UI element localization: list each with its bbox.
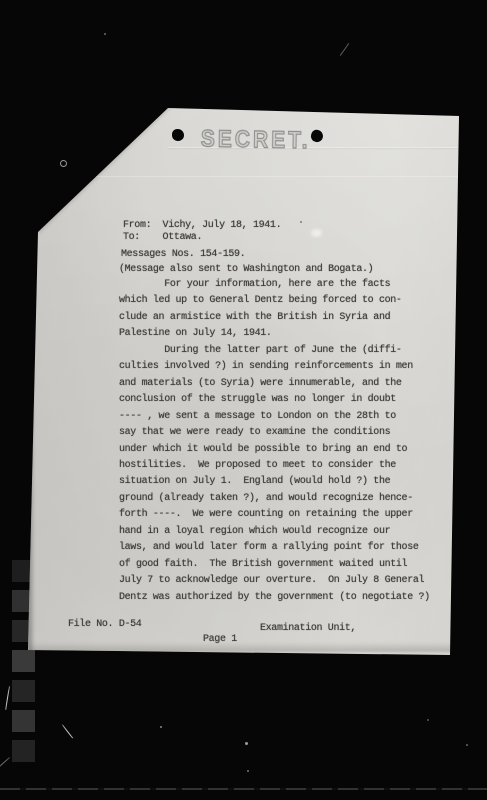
- text-line: laws, and would later form a rallying po…: [119, 540, 430, 556]
- text-line: ground (already taken ?), and would reco…: [119, 491, 430, 507]
- text-line: which led up to General Dentz being forc…: [119, 293, 430, 309]
- text-line: under which it would be possible to brin…: [119, 442, 430, 458]
- page-number: Page 1: [203, 632, 237, 648]
- text-line: conclusion of the struggle was no longer…: [119, 392, 430, 408]
- paper-bright-spot: [311, 229, 322, 237]
- text-line: clude an armistice with the British in S…: [119, 310, 430, 326]
- film-sprocket-mark: [12, 680, 35, 702]
- dust-speck: [300, 221, 302, 223]
- dust-speck: [427, 719, 429, 721]
- examination-unit-label: Examination Unit,: [260, 621, 356, 637]
- header-to-line: To: Ottawa.: [123, 230, 202, 246]
- text-line: say that we were ready to examine the co…: [119, 425, 430, 441]
- dust-speck: [245, 742, 248, 745]
- film-scratch: [0, 757, 10, 767]
- messages-number-line: Messages Nos. 154-159.: [121, 247, 245, 263]
- text-line: hand in a loyal region which would recog…: [119, 524, 430, 540]
- page-edge-shadow: [28, 642, 452, 652]
- clipped-corner-shadow: [34, 99, 175, 235]
- text-line: During the latter part of June the (diff…: [119, 343, 430, 359]
- text-line: July 7 to acknowledge our overture. On J…: [119, 573, 430, 589]
- dust-speck: [104, 33, 106, 35]
- paper-crease: [42, 176, 459, 177]
- punch-hole-left: [172, 129, 184, 141]
- text-line: forth ----. We were counting on retainin…: [119, 507, 430, 523]
- page-edge-shadow: [28, 230, 35, 652]
- distribution-note-line: (Message also sent to Washington and Bog…: [119, 262, 373, 278]
- dust-speck: [160, 726, 162, 728]
- body-text: For your information, here are the facts…: [119, 277, 430, 606]
- text-line: Dentz was authorized by the government (…: [119, 590, 430, 606]
- film-sprocket-mark: [12, 710, 35, 732]
- text-line: culties involved ?) in sending reinforce…: [119, 359, 430, 375]
- text-line: hostilities. We proposed to meet to cons…: [119, 458, 430, 474]
- film-scratch: [62, 724, 73, 738]
- text-line: ---- , we sent a message to London on th…: [119, 409, 430, 425]
- file-number: File No. D-54: [68, 617, 141, 633]
- film-frame-line: [0, 788, 487, 790]
- film-scratch: [5, 686, 10, 710]
- film-scratch: [340, 43, 349, 56]
- microfilm-frame: SECRET. From: Vichy, July 18, 1941. To: …: [0, 0, 487, 800]
- text-line: of good faith. The British government wa…: [119, 557, 430, 573]
- film-sprocket-mark: [12, 650, 35, 672]
- text-line: Palestine on July 14, 1941.: [119, 326, 430, 342]
- film-sprocket-mark: [12, 740, 35, 762]
- secret-stamp: SECRET.: [201, 126, 311, 155]
- text-line: and materials (to Syria) were innumerabl…: [119, 376, 430, 392]
- text-line: situation on July 1. England (would hold…: [119, 474, 430, 490]
- dust-speck: [60, 160, 67, 167]
- dust-speck: [247, 770, 249, 772]
- text-line: For your information, here are the facts: [119, 277, 430, 293]
- dust-speck: [466, 744, 468, 746]
